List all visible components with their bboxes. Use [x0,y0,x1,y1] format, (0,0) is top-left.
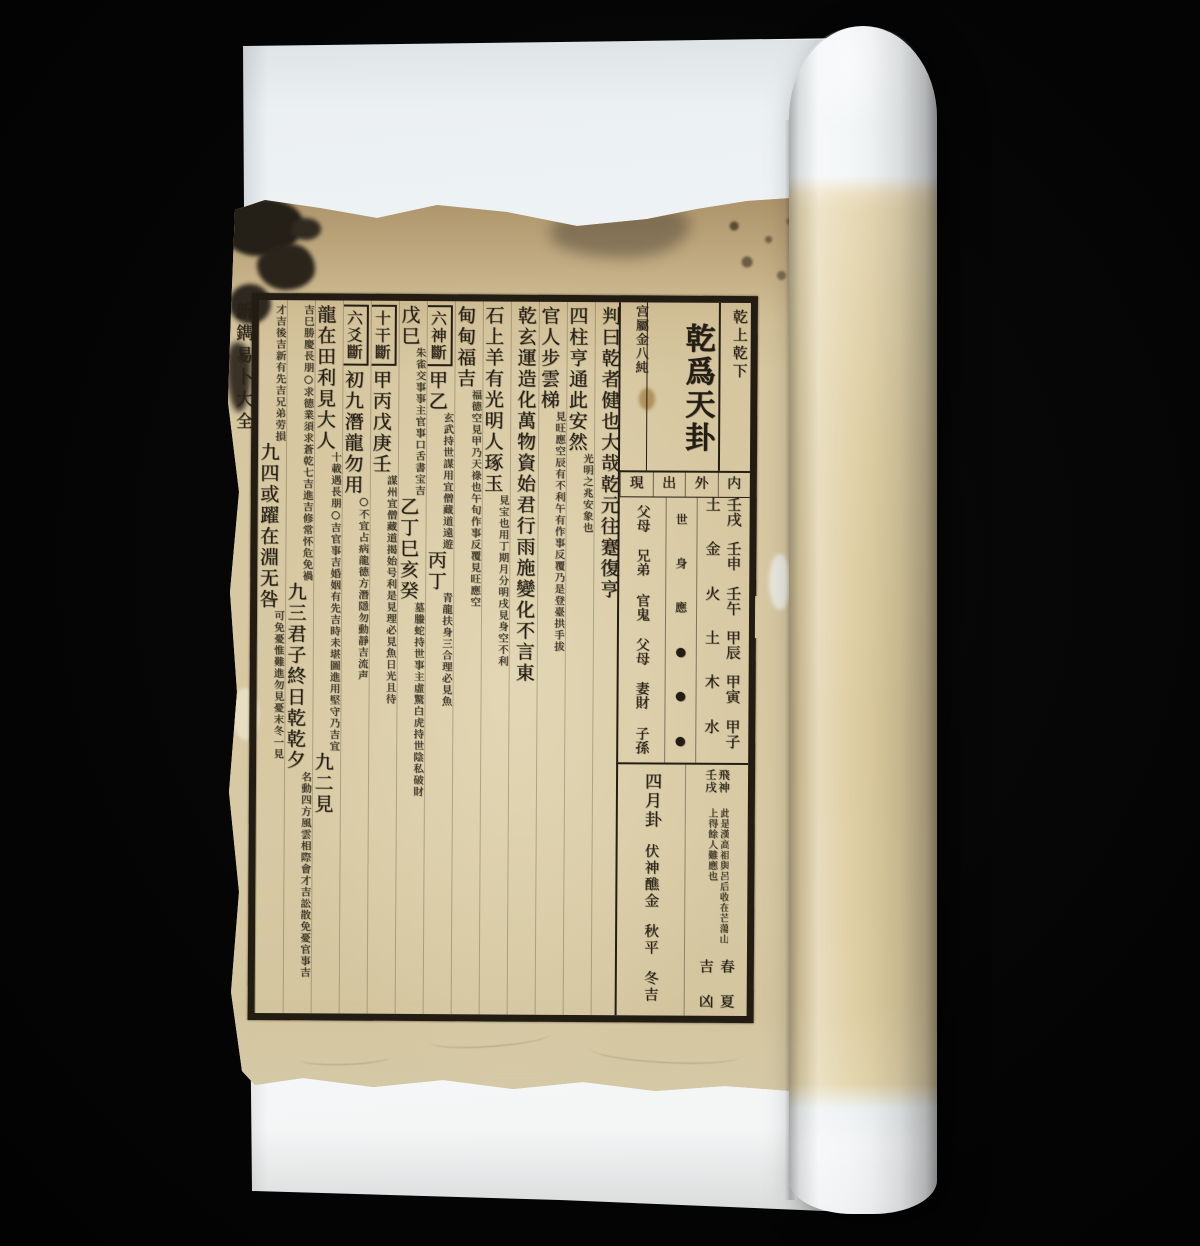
hidden-spirit: 伏神醮金 [640,843,661,909]
hexagram-block: 宫屬金八純 乾爲天卦 乾上乾下 内 外 出 現 壬戌土 壬申金 壬午火 甲辰土 … [616,302,751,763]
column-text: 甲丙戊庚壬 [369,370,392,475]
column-text: 判曰乾者健也大哉乾元往蹇復亨 [597,306,621,600]
ink-blot [291,218,321,240]
column-text: 戊巳 [398,305,420,347]
column-annotation: 見宝也用丁期月分明戌見身空不利 [483,494,510,667]
column-annotation: 才吉後吉新有先吉兄弟劳損 [260,304,287,442]
section-header: 六爻斷 [339,305,369,366]
column-text: 乙丁巳亥癸 [397,496,420,601]
stem-cell: 壬戌土 [697,497,749,542]
column-text: 丙丁 [425,550,447,592]
stem-cell: 甲子水 [696,718,748,763]
season-block: 飛神壬戌 此是漢高祖與呂后收在芒蕩山上得餘人難應也 春吉 夏凶 四月卦 伏神醮金… [615,762,749,1016]
text-column: 才吉後吉新有先吉兄弟劳損九四或躍在淵无咎可免憂惟難進勿見憂末冬一見 [255,300,287,1017]
relative-cell: 父母 [619,496,665,541]
text-column: 吉巳勝慶長朋○求德業須求蒼乾七吉進吉修常怀危免禍九三君子終日乾乾夕名動四方風雲相… [283,300,315,1017]
relative-cell: 父母 [619,629,665,674]
marker-cell: ● [665,674,695,719]
text-column: 龍在田利見大人十載遇長朋○吉官事吉婚姻有先吉時未堪圖進用堅守乃吉宜九二見 [311,300,343,1017]
palace-label: 宫 [633,304,648,318]
header-chu: 出 [652,470,685,496]
column-text: 九二見 [311,752,333,815]
text-column: 判曰乾者健也大哉乾元往蹇復亨 [591,302,623,1019]
column-text: 甲乙 [426,370,448,412]
photo-scene: 新鐫易卜大全 一 文秀堂 宫屬金八純 乾爲天卦 乾上乾下 内 外 出 現 [0,0,1200,1246]
column-text: 官人步雲梯 [538,306,561,411]
header-outer: 外 [685,471,718,497]
printed-text-block: 宫屬金八純 乾爲天卦 乾上乾下 内 外 出 現 壬戌土 壬申金 壬午火 甲辰土 … [248,293,758,1023]
autumn-fortune: 秋平 [640,923,661,956]
trigram-composition: 乾上乾下 [720,303,751,471]
hexagram-title: 乾爲天卦 [647,302,721,470]
column-text: 九四或躍在淵无咎 [257,442,280,610]
column-annotation: 青龍扶身三合理必見魚 [426,592,453,707]
column-text: 乾玄運造化萬物資始君行雨施變化不言東 [513,306,537,684]
text-column: 乾玄運造化萬物資始君行雨施變化不言東 [507,302,539,1019]
text-column: 戊巳朱雀交事事主官事口舌書宝吉乙丁巳亥癸墓螣蛇持世事主虛驚白虎持世陰私破財 [395,301,427,1018]
ink-blot [225,198,303,256]
ink-blot [257,244,315,290]
text-column: 官人步雲梯見旺應空辰有不利午有作事反覆乃是登臺拱手拔 [535,302,567,1019]
attribute-label: 屬金八純 [633,318,648,374]
column-text: 九三君子終日乾乾夕 [284,582,307,771]
column-text: 龍在田利見大人 [314,304,337,451]
column-text: 四柱亨通此安然 [566,306,589,453]
frame-border-break [755,596,764,638]
flying-spirit-column: 飛神壬戌 此是漢高祖與呂后收在芒蕩山上得餘人難應也 春吉 夏凶 [685,765,749,1016]
stem-cell: 甲寅木 [696,674,748,719]
relative-cell: 官鬼 [619,585,665,630]
flying-spirit: 飛神壬戌 [704,769,730,802]
text-column: 十干斷甲丙戊庚壬謀州宜僧藏道揭始号利是見理必見魚日光且待 [367,301,399,1018]
column-annotation: 吉巳勝慶長朋○求德業須求蒼乾七吉進吉修常怀危免禍 [287,304,315,582]
stem-cell: 甲辰土 [697,630,749,675]
palace-attribute: 宫屬金八純 [620,302,648,470]
relatives-column: 父母 兄弟 官鬼 父母 妻財 子孫 [618,496,666,762]
table-header-row: 内 外 出 現 [620,470,750,498]
main-text-columns: 判曰乾者健也大哉乾元往蹇復亨 四柱亨通此安然光明之兆安象也 官人步雲梯見旺應空辰… [255,300,623,1015]
month-column: 四月卦 伏神醮金 秋平 冬吉 [617,764,687,1015]
stems-column: 壬戌土 壬申金 壬午火 甲辰土 甲寅木 甲子水 [695,497,750,763]
markers-column: 世 身 應 ● ● ● [664,497,697,763]
winter-fortune: 冬吉 [640,970,661,1003]
column-annotation: 墓螣蛇持世事主虛驚白虎持世陰私破財 [398,601,425,797]
relative-cell: 子孫 [618,718,664,763]
najia-table: 壬戌土 壬申金 壬午火 甲辰土 甲寅木 甲子水 世 身 應 ● ● ● 父母 [618,496,750,763]
month-label: 四月卦 [639,772,664,829]
relative-cell: 兄弟 [619,541,665,586]
stem-cell: 壬午火 [697,585,749,630]
hexagram-title-row: 宫屬金八純 乾爲天卦 乾上乾下 [620,302,751,473]
column-annotation: 名動四方風雲相際會才吉訟散免憂官事吉 [285,771,312,978]
column-annotation: 謀州宜僧藏道揭始号利是見理必見魚日光且待 [370,475,397,705]
column-text: 石上羊有光明人琢玉 [481,305,504,494]
rolled-paper-edge [789,26,937,1214]
stem-cell: 壬申金 [697,541,749,586]
column-annotation: 朱雀交事事主官事口舌書宝吉 [400,347,427,497]
relative-cell: 妻財 [618,674,664,719]
text-column: 石上羊有光明人琢玉見宝也用丁期月分明戌見身空不利 [479,301,511,1018]
header-inner: 内 [717,471,750,497]
column-text: 初九潛龍勿用 [341,370,364,496]
column-annotation: 玄武持世謀用宜僧藏道遠遊 [427,412,454,550]
text-column: 六神斷甲乙玄武持世謀用宜僧藏道遠遊丙丁青龍扶身三合理必見魚 [423,301,455,1018]
text-column: 四柱亨通此安然光明之兆安象也 [563,302,595,1019]
column-annotation: 十載遇長朋○吉官事吉婚姻有先吉時未堪圖進用堅守乃吉宜 [314,451,342,752]
spring-fortune: 春吉 [695,959,737,981]
marker-cell: 應 [666,585,696,630]
section-header: 十干斷 [367,305,397,366]
marker-cell: ● [666,630,696,675]
marker-cell: 身 [666,541,696,586]
text-column: 六爻斷初九潛龍勿用○不宜占病龍德方潛隱勿動靜吉流声 [339,301,371,1018]
column-annotation: 見旺應空辰有不利午有作事反覆乃是登臺拱手拔 [539,411,566,653]
marker-cell: 世 [666,497,696,542]
header-xian: 現 [620,470,653,496]
column-text: 甸甸福吉 [454,305,477,389]
marker-cell: ● [665,718,695,763]
column-annotation: ○不宜占病龍德方潛隱勿動靜吉流声 [343,496,370,682]
text-column: 甸甸福吉福德空見甲乃天祿也午旬作事反覆見旺應空 [451,301,483,1018]
section-header: 六神斷 [423,305,453,366]
summer-fortune: 夏凶 [695,994,737,1016]
column-annotation: 可免憂惟難進勿見憂末冬一見 [258,610,285,760]
column-annotation: 光明之兆安象也 [568,453,594,534]
history-annotation: 此是漢高祖與呂后收在芒蕩山上得餘人難應也 [704,807,729,944]
column-annotation: 福德空見甲乃天祿也午旬作事反覆見旺應空 [455,389,482,608]
